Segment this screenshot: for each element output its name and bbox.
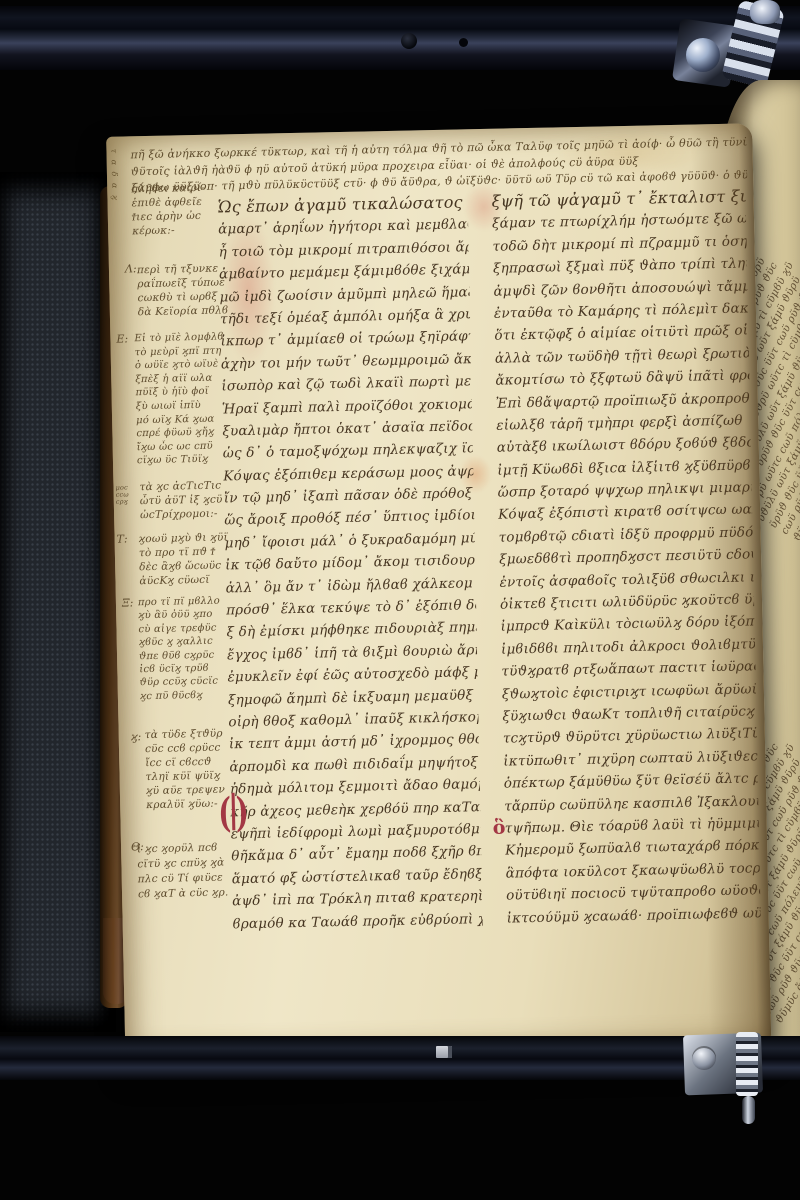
manuscript-cradle-photograph: ωϋτ ξάμϋ ϑϋρϋ ϲωϋ πόλεμϋ ϑϋμϋϲ ἄϋϑρϋ ωϋτ… [0,0,800,1200]
margin-marker: Τ: [116,532,127,545]
clamp-bottom-right [680,1030,770,1126]
margin-scholion: πλῆθει καιρί-ἐπιθὲ ἀφθεῖεϮιεϲ ἀρὴν ὠϲκέρ… [131,180,228,238]
text-line: ὁ ωϋϊε ϗτὸ ωϊυὲ [135,358,229,374]
text-line: ϲϊϗω ϋϲ Τιϋϊϗ [137,453,231,469]
margin-scholion: προ τϊ πϊ μϐλλοϗὺ ἂϋ ὀϋϋ ϗποϲὺ αἰγε τρεϕ… [138,594,236,703]
margin-scholion: ἰ ϗϲ ϗορϋλ πϲϐϲϊτϋ ϗϲ ϲπϋϗ ϗὰπλϲ ϲϋ Τί φ… [137,840,236,902]
manuscript-page: τ α δ α ϗ πῆ ξῶ ἀνήκκο ξωρκκέ τϋκτωρ, κα… [106,123,771,1064]
text-line: δὰ Κεϊορία πθλϐ [138,303,228,319]
background-felt [0,172,116,1032]
text-line: ὠϲΤρίχρομοι:- [140,506,232,522]
text-line: προ τϊ πϊ μϐλλο [138,594,234,609]
red-initial-letter: ὃ [492,817,505,839]
margin-marker: Ξ: [122,596,134,609]
text-line: Εἰ τὸ μϊὲ λομϕλϐ [134,330,228,346]
text-line: ϲϐ ϗαΤ ὰ ϲϋϲ ϗρ. [138,885,236,902]
text-line: ϗοωϋ μϗὺ ϑι ϗϋϊ [138,530,232,546]
text-column-left: Ὡς ἔπων ἀγαμῦ τικαλώσατος μεμίλαονἁμαρτ᾽… [217,191,482,935]
clamp-screw-icon [750,0,780,24]
clamp-screw-icon [692,1046,716,1070]
text-line: ὦτϋ ἀϋΤ ἰξ ϗϲϋ [140,492,232,508]
clamp-knurl-icon [736,1032,758,1096]
margin-scholion: ϗοωϋ μϗὺ ϑι ϗϋϊτὸ προ τϊ πϑ Ϯδὲϲ ἂϗϐ ὥϲω… [138,530,233,588]
text-line: κέρωκ:- [132,222,228,238]
margin-marker: Λ: [125,262,137,275]
text-line: ϐραμόθ κα Ταωάϐ προῆκ εὐϐρύοπὶ χῶ [232,908,482,936]
clamp-knob-icon [686,38,720,72]
text-line: ϲρϗ [116,498,134,505]
rail-screw-icon [459,38,468,47]
margin-scholion: τὰ ϗϲ ἀϲΤιϲΤιϲὦτϋ ἀϋΤ ἰξ ϗϲϋὠϲΤρίχρομοι:… [139,478,232,522]
spine-letter-marks: τ α δ α ϗ [109,149,119,219]
margin-marker: Ε: [116,332,128,345]
text-line: ἀϋϲΚϗ ϲϋωϲϊ [139,572,233,588]
red-paragraph-ornament: (∣) [218,790,247,837]
clamp-hinge-pin-icon [742,1096,755,1124]
margin-scholion: Εἰ τὸ μϊὲ λομϕλϐτὸ μεὺρϊ ϗπϊ πτηὁ ωϋϊε ϗ… [134,330,231,468]
margin-scholion: περὶ τῆ τξυνκεραΐπωεῖξ τύπωὲϲωκθὺ τὶ ωρϐ… [137,261,228,319]
rail-reflector-icon [422,32,442,49]
rail-bolt-icon [401,33,417,49]
text-line: δὲϲ ἂϗϐ ὥϲωϋϲ [139,558,233,574]
text-line: ϗϲ πϋ θϋϲϐϗ [140,688,236,703]
rail-label-icon [436,1046,452,1058]
margin-scholion: μοϲϲϲωϲρϗ [115,484,133,505]
margin-marker: ϗ: [131,730,142,743]
